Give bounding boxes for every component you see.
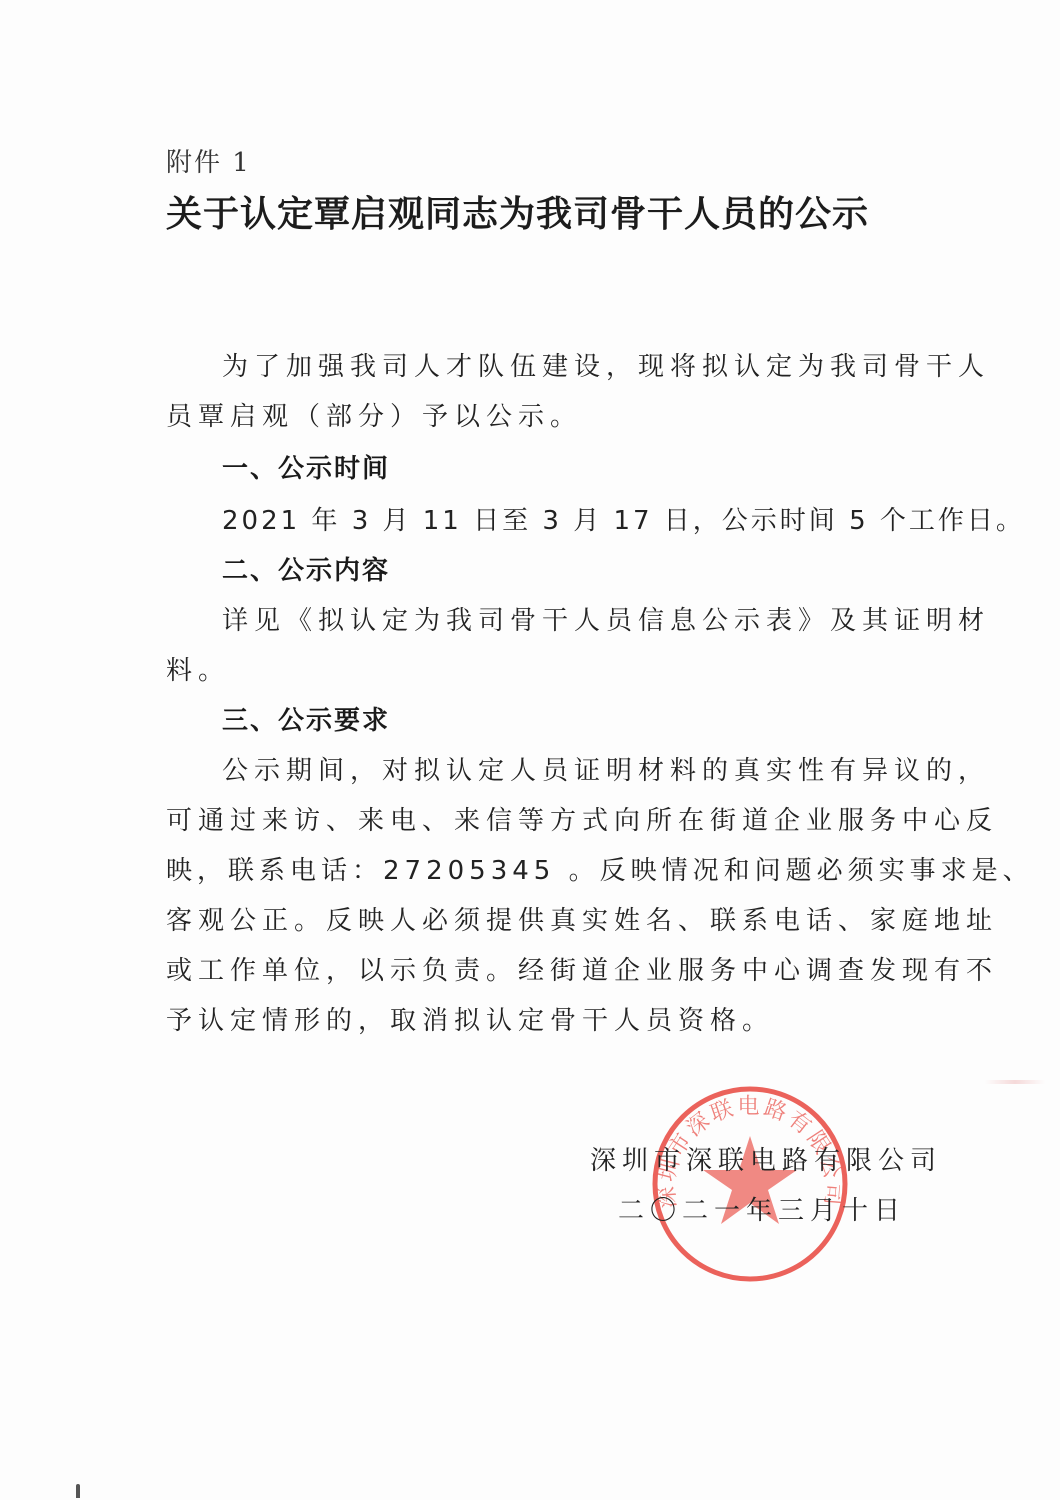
section-heading-time: 一、公示时间: [222, 448, 390, 485]
section-requirements-line-5: 或工作单位，以示负责。经街道企业服务中心调查发现有不: [166, 950, 998, 987]
section-requirements-line-1: 公示期间，对拟认定人员证明材料的真实性有异议的，: [222, 750, 990, 787]
attachment-label: 附件 1: [166, 142, 251, 179]
section-requirements-line-3: 映，联系电话：27205345 。反映情况和问题必须实事求是、: [166, 850, 1034, 887]
intro-line-1: 为了加强我司人才队伍建设，现将拟认定为我司骨干人: [222, 346, 990, 383]
section-requirements-line-4: 客观公正。反映人必须提供真实姓名、联系电话、家庭地址: [166, 900, 998, 937]
scan-artifact: [985, 1080, 1045, 1084]
document-title: 关于认定覃启观同志为我司骨干人员的公示: [166, 186, 869, 237]
section-content-line-2: 料。: [166, 650, 230, 687]
section-requirements-line-2: 可通过来访、来电、来信等方式向所在街道企业服务中心反: [166, 800, 998, 837]
official-seal-stamp: 深圳市深联电路有限公司: [650, 1084, 850, 1284]
signature-date: 二〇二一年三月十日: [618, 1190, 906, 1227]
section-content-line-1: 详见《拟认定为我司骨干人员信息公示表》及其证明材: [222, 600, 990, 637]
section-heading-requirements: 三、公示要求: [222, 700, 390, 737]
intro-line-2: 员覃启观（部分）予以公示。: [166, 396, 582, 433]
section-time-line-1: 2021 年 3 月 11 日至 3 月 17 日，公示时间 5 个工作日。: [222, 500, 1025, 537]
document-page: 附件 1 关于认定覃启观同志为我司骨干人员的公示 为了加强我司人才队伍建设，现将…: [0, 0, 1060, 1500]
section-heading-content: 二、公示内容: [222, 550, 390, 587]
scan-corner-mark: [76, 1484, 80, 1498]
signature-company: 深圳市深联电路有限公司: [590, 1140, 942, 1177]
section-requirements-line-6: 予认定情形的，取消拟认定骨干人员资格。: [166, 1000, 774, 1037]
